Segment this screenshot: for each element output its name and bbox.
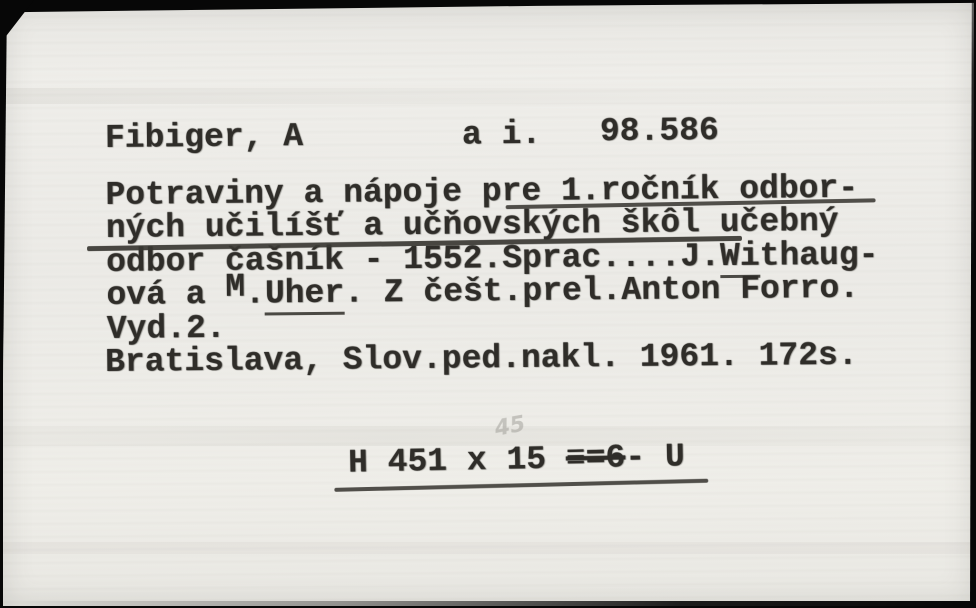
accession-number: 98.586	[600, 114, 719, 148]
title-line-4-post: . Z češt.prel.Anton Forro.	[344, 270, 859, 312]
author-heading: Fibiger, A	[105, 120, 303, 155]
et-al-note: a i.	[462, 118, 542, 152]
title-line-3-post: thaug-	[759, 237, 878, 275]
title-line-4: ová a M.Uher. Z češt.prel.Anton Forro.	[106, 272, 859, 312]
title-line-4-dot: .	[245, 275, 265, 312]
edition-line: Vyd.2.	[107, 312, 226, 346]
title-line-4-initial: M	[225, 269, 245, 306]
call-number-struck: ≡=6	[566, 439, 626, 477]
scanned-card-photo: Fibiger, A a i. 98.586 Potraviny a nápoj…	[0, 0, 976, 608]
call-number-prefix: H 451 x 15	[348, 441, 567, 482]
call-number-suffix: - U	[625, 438, 685, 476]
call-number-line: H 451 x 15 ≡=6- U	[348, 440, 685, 479]
film-edge-bottom	[0, 601, 976, 608]
imprint-line: Bratislava, Slov.ped.nakl. 1961. 172s.	[105, 339, 858, 379]
title-line-4-surname: Uher	[265, 275, 345, 316]
pencil-note: 45	[493, 414, 527, 441]
title-line-4-pre: ová a	[106, 276, 225, 314]
card-content: Fibiger, A a i. 98.586 Potraviny a nápoj…	[0, 0, 976, 608]
